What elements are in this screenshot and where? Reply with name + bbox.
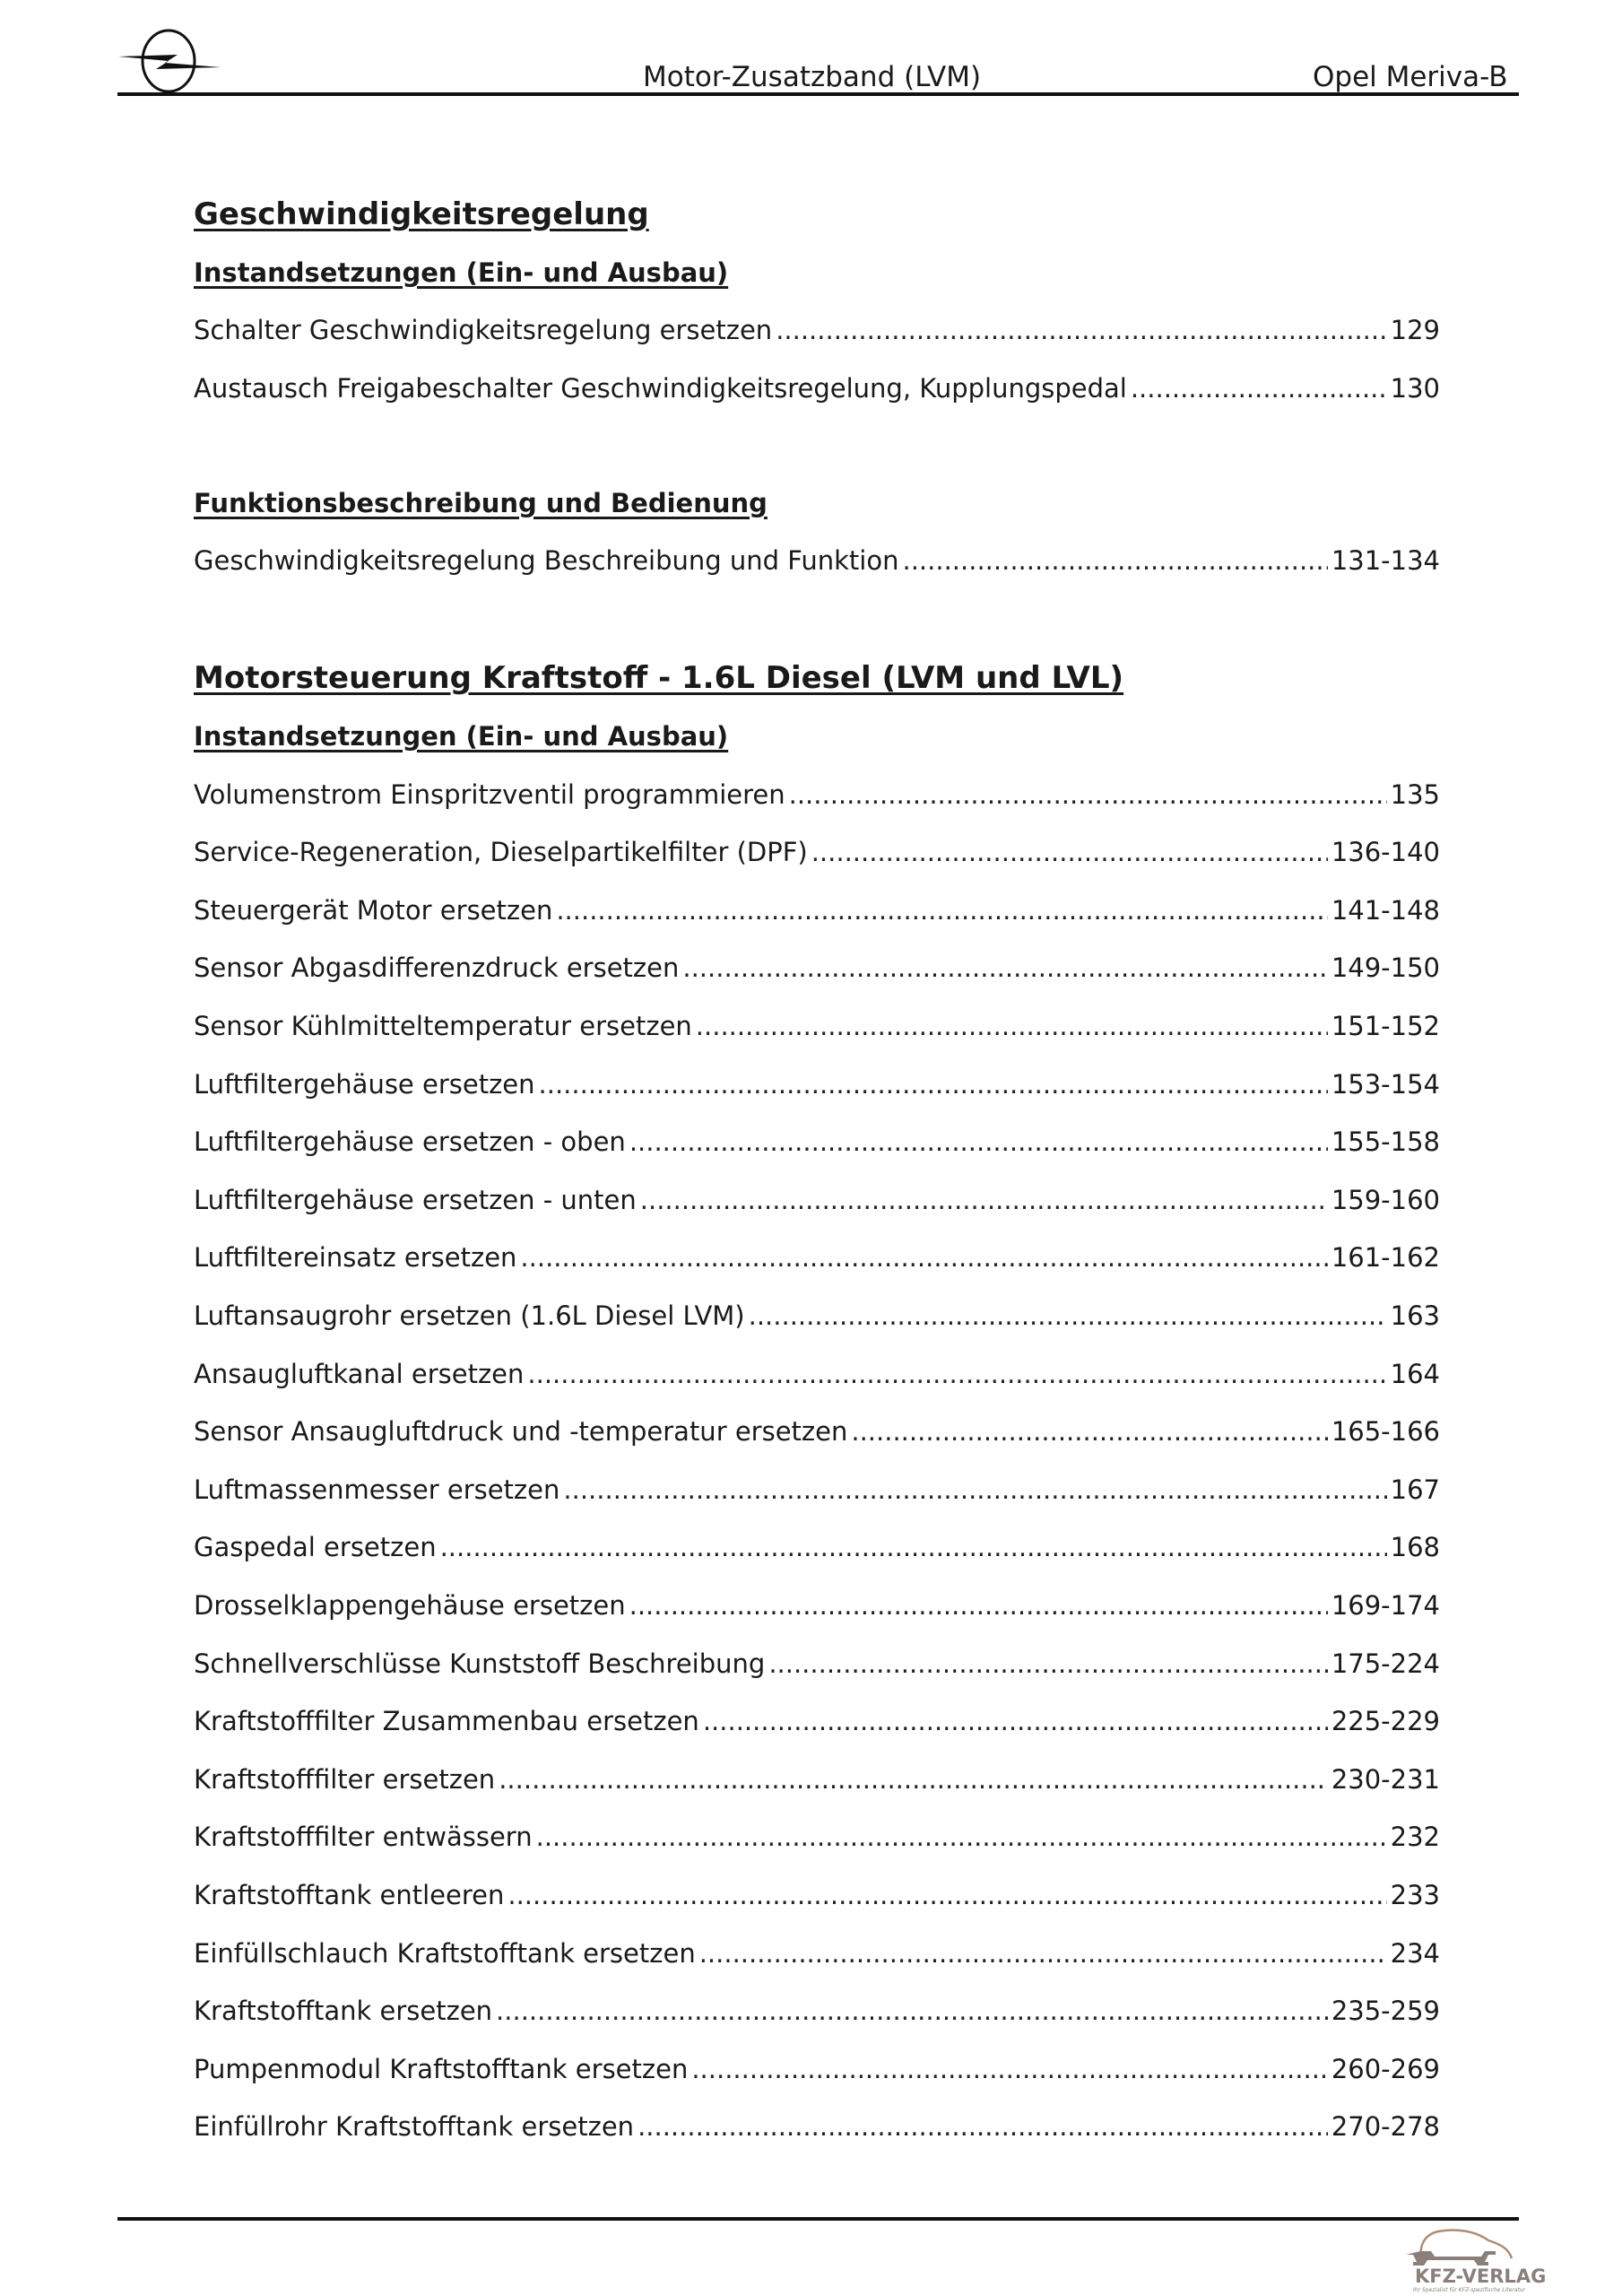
dot-leader bbox=[440, 1527, 1387, 1567]
toc-entry-page: 175-224 bbox=[1328, 1644, 1440, 1683]
toc-entry-title: Steuergerät Motor ersetzen bbox=[194, 891, 556, 930]
dot-leader bbox=[811, 832, 1328, 872]
toc-entry-title: Kraftstofffilter ersetzen bbox=[194, 1760, 499, 1799]
publisher-logo: KFZ-VERLAG Ihr Spezialist für KFZ-spezif… bbox=[1406, 2224, 1522, 2294]
toc-entry-title: Sensor Abgasdifferenzdruck ersetzen bbox=[194, 948, 682, 987]
toc-entry-page: 153-154 bbox=[1328, 1065, 1440, 1104]
toc-entry-title: Luftfiltergehäuse ersetzen - unten bbox=[194, 1180, 640, 1220]
toc-entry-title: Sensor Kühlmitteltemperatur ersetzen bbox=[194, 1006, 696, 1046]
toc-entry[interactable]: Sensor Kühlmitteltemperatur ersetzen151-… bbox=[194, 1006, 1440, 1046]
toc-entry-title: Gaspedal ersetzen bbox=[194, 1527, 440, 1567]
dot-leader bbox=[536, 1817, 1387, 1857]
toc-entry-page: 130 bbox=[1387, 369, 1440, 408]
toc-entry-title: Ansaugluftkanal ersetzen bbox=[194, 1354, 527, 1394]
vehicle-model: Opel Meriva-B bbox=[1313, 59, 1507, 95]
dot-leader bbox=[789, 775, 1387, 814]
dot-leader bbox=[499, 1760, 1328, 1799]
footer-divider bbox=[117, 2217, 1519, 2221]
dot-leader bbox=[776, 310, 1386, 350]
section-heading: Geschwindigkeitsregelung bbox=[194, 195, 1440, 234]
toc-entry[interactable]: Kraftstofffilter ersetzen230-231 bbox=[194, 1760, 1440, 1799]
toc-entry-page: 164 bbox=[1387, 1354, 1440, 1394]
toc-entry[interactable]: Ansaugluftkanal ersetzen164 bbox=[194, 1354, 1440, 1394]
toc-entry-page: 136-140 bbox=[1328, 832, 1440, 872]
toc-entry-title: Einfüllschlauch Kraftstofftank ersetzen bbox=[194, 1934, 699, 1973]
dot-leader bbox=[527, 1354, 1386, 1394]
dot-leader bbox=[699, 1934, 1387, 1973]
toc-entry[interactable]: Schalter Geschwindigkeitsregelung ersetz… bbox=[194, 310, 1440, 350]
dot-leader bbox=[629, 1122, 1328, 1161]
publisher-name: KFZ-VERLAG bbox=[1415, 2266, 1546, 2287]
dot-leader bbox=[539, 1065, 1328, 1104]
toc-entry-page: 129 bbox=[1387, 310, 1440, 350]
toc-entry-page: 234 bbox=[1387, 1934, 1440, 1973]
toc-entry-title: Einfüllrohr Kraftstofftank ersetzen bbox=[194, 2107, 638, 2146]
toc-entry-title: Pumpenmodul Kraftstofftank ersetzen bbox=[194, 2049, 691, 2089]
toc-entry-page: 135 bbox=[1387, 775, 1440, 814]
subsection-heading: Instandsetzungen (Ein- und Ausbau) bbox=[194, 253, 1440, 292]
toc-entry[interactable]: Austausch Freigabeschalter Geschwindigke… bbox=[194, 369, 1440, 408]
toc-entry-page: 149-150 bbox=[1328, 948, 1440, 987]
toc-entry-title: Luftfiltergehäuse ersetzen - oben bbox=[194, 1122, 629, 1161]
toc-entry-title: Sensor Ansaugluftdruck und -temperatur e… bbox=[194, 1412, 851, 1451]
toc-entry[interactable]: Luftfiltergehäuse ersetzen - oben155-158 bbox=[194, 1122, 1440, 1161]
toc-entry-title: Kraftstofftank ersetzen bbox=[194, 1991, 496, 2031]
toc-entry[interactable]: Volumenstrom Einspritzventil programmier… bbox=[194, 775, 1440, 814]
dot-leader bbox=[520, 1238, 1327, 1277]
dot-leader bbox=[640, 1180, 1328, 1220]
dot-leader bbox=[496, 1991, 1328, 2031]
toc-entry[interactable]: Einfüllschlauch Kraftstofftank ersetzen2… bbox=[194, 1934, 1440, 1973]
toc-entry-title: Kraftstofffilter entwässern bbox=[194, 1817, 536, 1857]
toc-entry[interactable]: Gaspedal ersetzen168 bbox=[194, 1527, 1440, 1567]
toc-entry[interactable]: Kraftstofffilter Zusammenbau ersetzen225… bbox=[194, 1701, 1440, 1741]
toc-entry-title: Luftfiltereinsatz ersetzen bbox=[194, 1238, 520, 1277]
toc-entry-title: Schalter Geschwindigkeitsregelung ersetz… bbox=[194, 310, 776, 350]
toc-entry-page: 163 bbox=[1387, 1296, 1440, 1335]
toc-entry-title: Austausch Freigabeschalter Geschwindigke… bbox=[194, 369, 1131, 408]
dot-leader bbox=[1131, 369, 1387, 408]
toc-entry-page: 232 bbox=[1387, 1817, 1440, 1857]
toc-entry-title: Luftansaugrohr ersetzen (1.6L Diesel LVM… bbox=[194, 1296, 749, 1335]
toc-entry[interactable]: Luftfiltergehäuse ersetzen153-154 bbox=[194, 1065, 1440, 1104]
toc-entry-page: 168 bbox=[1387, 1527, 1440, 1567]
dot-leader bbox=[507, 1875, 1386, 1915]
dot-leader bbox=[638, 2107, 1328, 2146]
subsection-heading: Instandsetzungen (Ein- und Ausbau) bbox=[194, 717, 1440, 756]
toc-entry-title: Drosselklappengehäuse ersetzen bbox=[194, 1586, 629, 1625]
subsection-heading: Funktionsbeschreibung und Bedienung bbox=[194, 483, 1440, 523]
car-wrench-icon bbox=[1406, 2224, 1522, 2269]
dot-leader bbox=[563, 1470, 1386, 1509]
toc-entry-title: Volumenstrom Einspritzventil programmier… bbox=[194, 775, 789, 814]
dot-leader bbox=[696, 1006, 1328, 1046]
toc-entry-page: 165-166 bbox=[1328, 1412, 1440, 1451]
toc-entry[interactable]: Service-Regeneration, Dieselpartikelfilt… bbox=[194, 832, 1440, 872]
toc-entry-title: Service-Regeneration, Dieselpartikelfilt… bbox=[194, 832, 811, 872]
toc-entry[interactable]: Sensor Abgasdifferenzdruck ersetzen149-1… bbox=[194, 948, 1440, 987]
toc-entry-title: Geschwindigkeitsregelung Beschreibung un… bbox=[194, 541, 902, 580]
toc-entry-page: 270-278 bbox=[1328, 2107, 1440, 2146]
dot-leader bbox=[629, 1586, 1328, 1625]
toc-entry[interactable]: Luftansaugrohr ersetzen (1.6L Diesel LVM… bbox=[194, 1296, 1440, 1335]
toc-entry[interactable]: Luftfiltergehäuse ersetzen - unten159-16… bbox=[194, 1180, 1440, 1220]
dot-leader bbox=[749, 1296, 1387, 1335]
toc-entry-title: Kraftstofftank entleeren bbox=[194, 1875, 507, 1915]
toc-entry-page: 131-134 bbox=[1328, 541, 1440, 580]
toc-entry-page: 225-229 bbox=[1328, 1701, 1440, 1741]
toc-entry-title: Luftfiltergehäuse ersetzen bbox=[194, 1065, 539, 1104]
toc-entry[interactable]: Kraftstofftank entleeren233 bbox=[194, 1875, 1440, 1915]
toc-entry[interactable]: Sensor Ansaugluftdruck und -temperatur e… bbox=[194, 1412, 1440, 1451]
dot-leader bbox=[691, 2049, 1327, 2089]
opel-logo-icon bbox=[115, 27, 224, 95]
publisher-tagline: Ihr Spezialist für KFZ-spezifische Liter… bbox=[1413, 2287, 1525, 2293]
toc-entry[interactable]: Schnellverschlüsse Kunststoff Beschreibu… bbox=[194, 1644, 1440, 1683]
toc-entry-page: 233 bbox=[1387, 1875, 1440, 1915]
toc-entry[interactable]: Luftmassenmesser ersetzen167 bbox=[194, 1470, 1440, 1509]
dot-leader bbox=[902, 541, 1327, 580]
toc-entry-page: 260-269 bbox=[1328, 2049, 1440, 2089]
toc-entry[interactable]: Luftfiltereinsatz ersetzen161-162 bbox=[194, 1238, 1440, 1277]
dot-leader bbox=[703, 1701, 1328, 1741]
toc-entry-page: 141-148 bbox=[1328, 891, 1440, 930]
toc-entry[interactable]: Drosselklappengehäuse ersetzen169-174 bbox=[194, 1586, 1440, 1625]
toc-entry[interactable]: Geschwindigkeitsregelung Beschreibung un… bbox=[194, 541, 1440, 580]
toc-entry-page: 230-231 bbox=[1328, 1760, 1440, 1799]
toc-entry-page: 169-174 bbox=[1328, 1586, 1440, 1625]
dot-leader bbox=[768, 1644, 1328, 1683]
dot-leader bbox=[556, 891, 1327, 930]
toc-entry-page: 159-160 bbox=[1328, 1180, 1440, 1220]
document-title: Motor-Zusatzband (LVM) bbox=[643, 59, 981, 95]
toc-entry[interactable]: Einfüllrohr Kraftstofftank ersetzen270-2… bbox=[194, 2107, 1440, 2146]
toc-entry-page: 235-259 bbox=[1328, 1991, 1440, 2031]
dot-leader bbox=[682, 948, 1327, 987]
toc-entry-title: Luftmassenmesser ersetzen bbox=[194, 1470, 563, 1509]
toc-entry-title: Kraftstofffilter Zusammenbau ersetzen bbox=[194, 1701, 703, 1741]
toc-entry[interactable]: Kraftstofffilter entwässern232 bbox=[194, 1817, 1440, 1857]
dot-leader bbox=[851, 1412, 1327, 1451]
toc-entry-title: Schnellverschlüsse Kunststoff Beschreibu… bbox=[194, 1644, 768, 1683]
toc-entry-page: 155-158 bbox=[1328, 1122, 1440, 1161]
toc-entry[interactable]: Steuergerät Motor ersetzen141-148 bbox=[194, 891, 1440, 930]
toc-entry[interactable]: Pumpenmodul Kraftstofftank ersetzen260-2… bbox=[194, 2049, 1440, 2089]
header-divider bbox=[117, 92, 1519, 96]
toc-entry-page: 151-152 bbox=[1328, 1006, 1440, 1046]
section-heading: Motorsteuerung Kraftstoff - 1.6L Diesel … bbox=[194, 658, 1440, 698]
toc-entry-page: 161-162 bbox=[1328, 1238, 1440, 1277]
toc-entry[interactable]: Kraftstofftank ersetzen235-259 bbox=[194, 1991, 1440, 2031]
toc-entry-page: 167 bbox=[1387, 1470, 1440, 1509]
page-header: Motor-Zusatzband (LVM) Opel Meriva-B bbox=[0, 0, 1622, 99]
